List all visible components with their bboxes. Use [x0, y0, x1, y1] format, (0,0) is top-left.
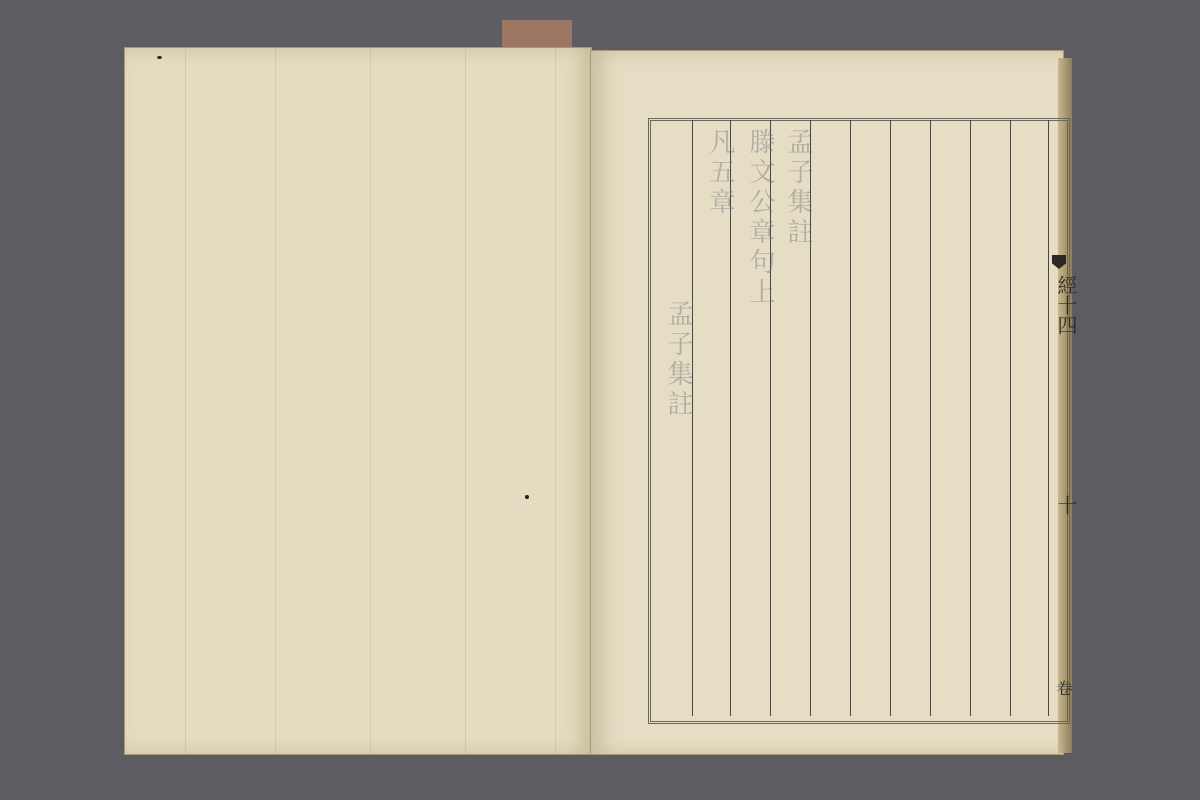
bleed-through-text: 凡五章 — [702, 128, 739, 218]
ink-dot — [157, 56, 162, 59]
margin-page-number: 十 — [1052, 495, 1081, 515]
bleed-through-text: 滕文公章句上 — [742, 128, 779, 308]
ink-dot — [525, 495, 529, 499]
margin-title: 經十四 — [1052, 275, 1081, 335]
bleed-through-text: 孟子集註 — [780, 128, 817, 248]
margin-footer: 卷 — [1052, 680, 1075, 696]
left-page-blank — [124, 47, 592, 755]
bleed-through-text: 孟子集註 — [660, 300, 697, 420]
open-book: 孟子集註 滕文公章句上 凡五章 孟子集註 經十四 十 卷 — [0, 0, 1200, 800]
